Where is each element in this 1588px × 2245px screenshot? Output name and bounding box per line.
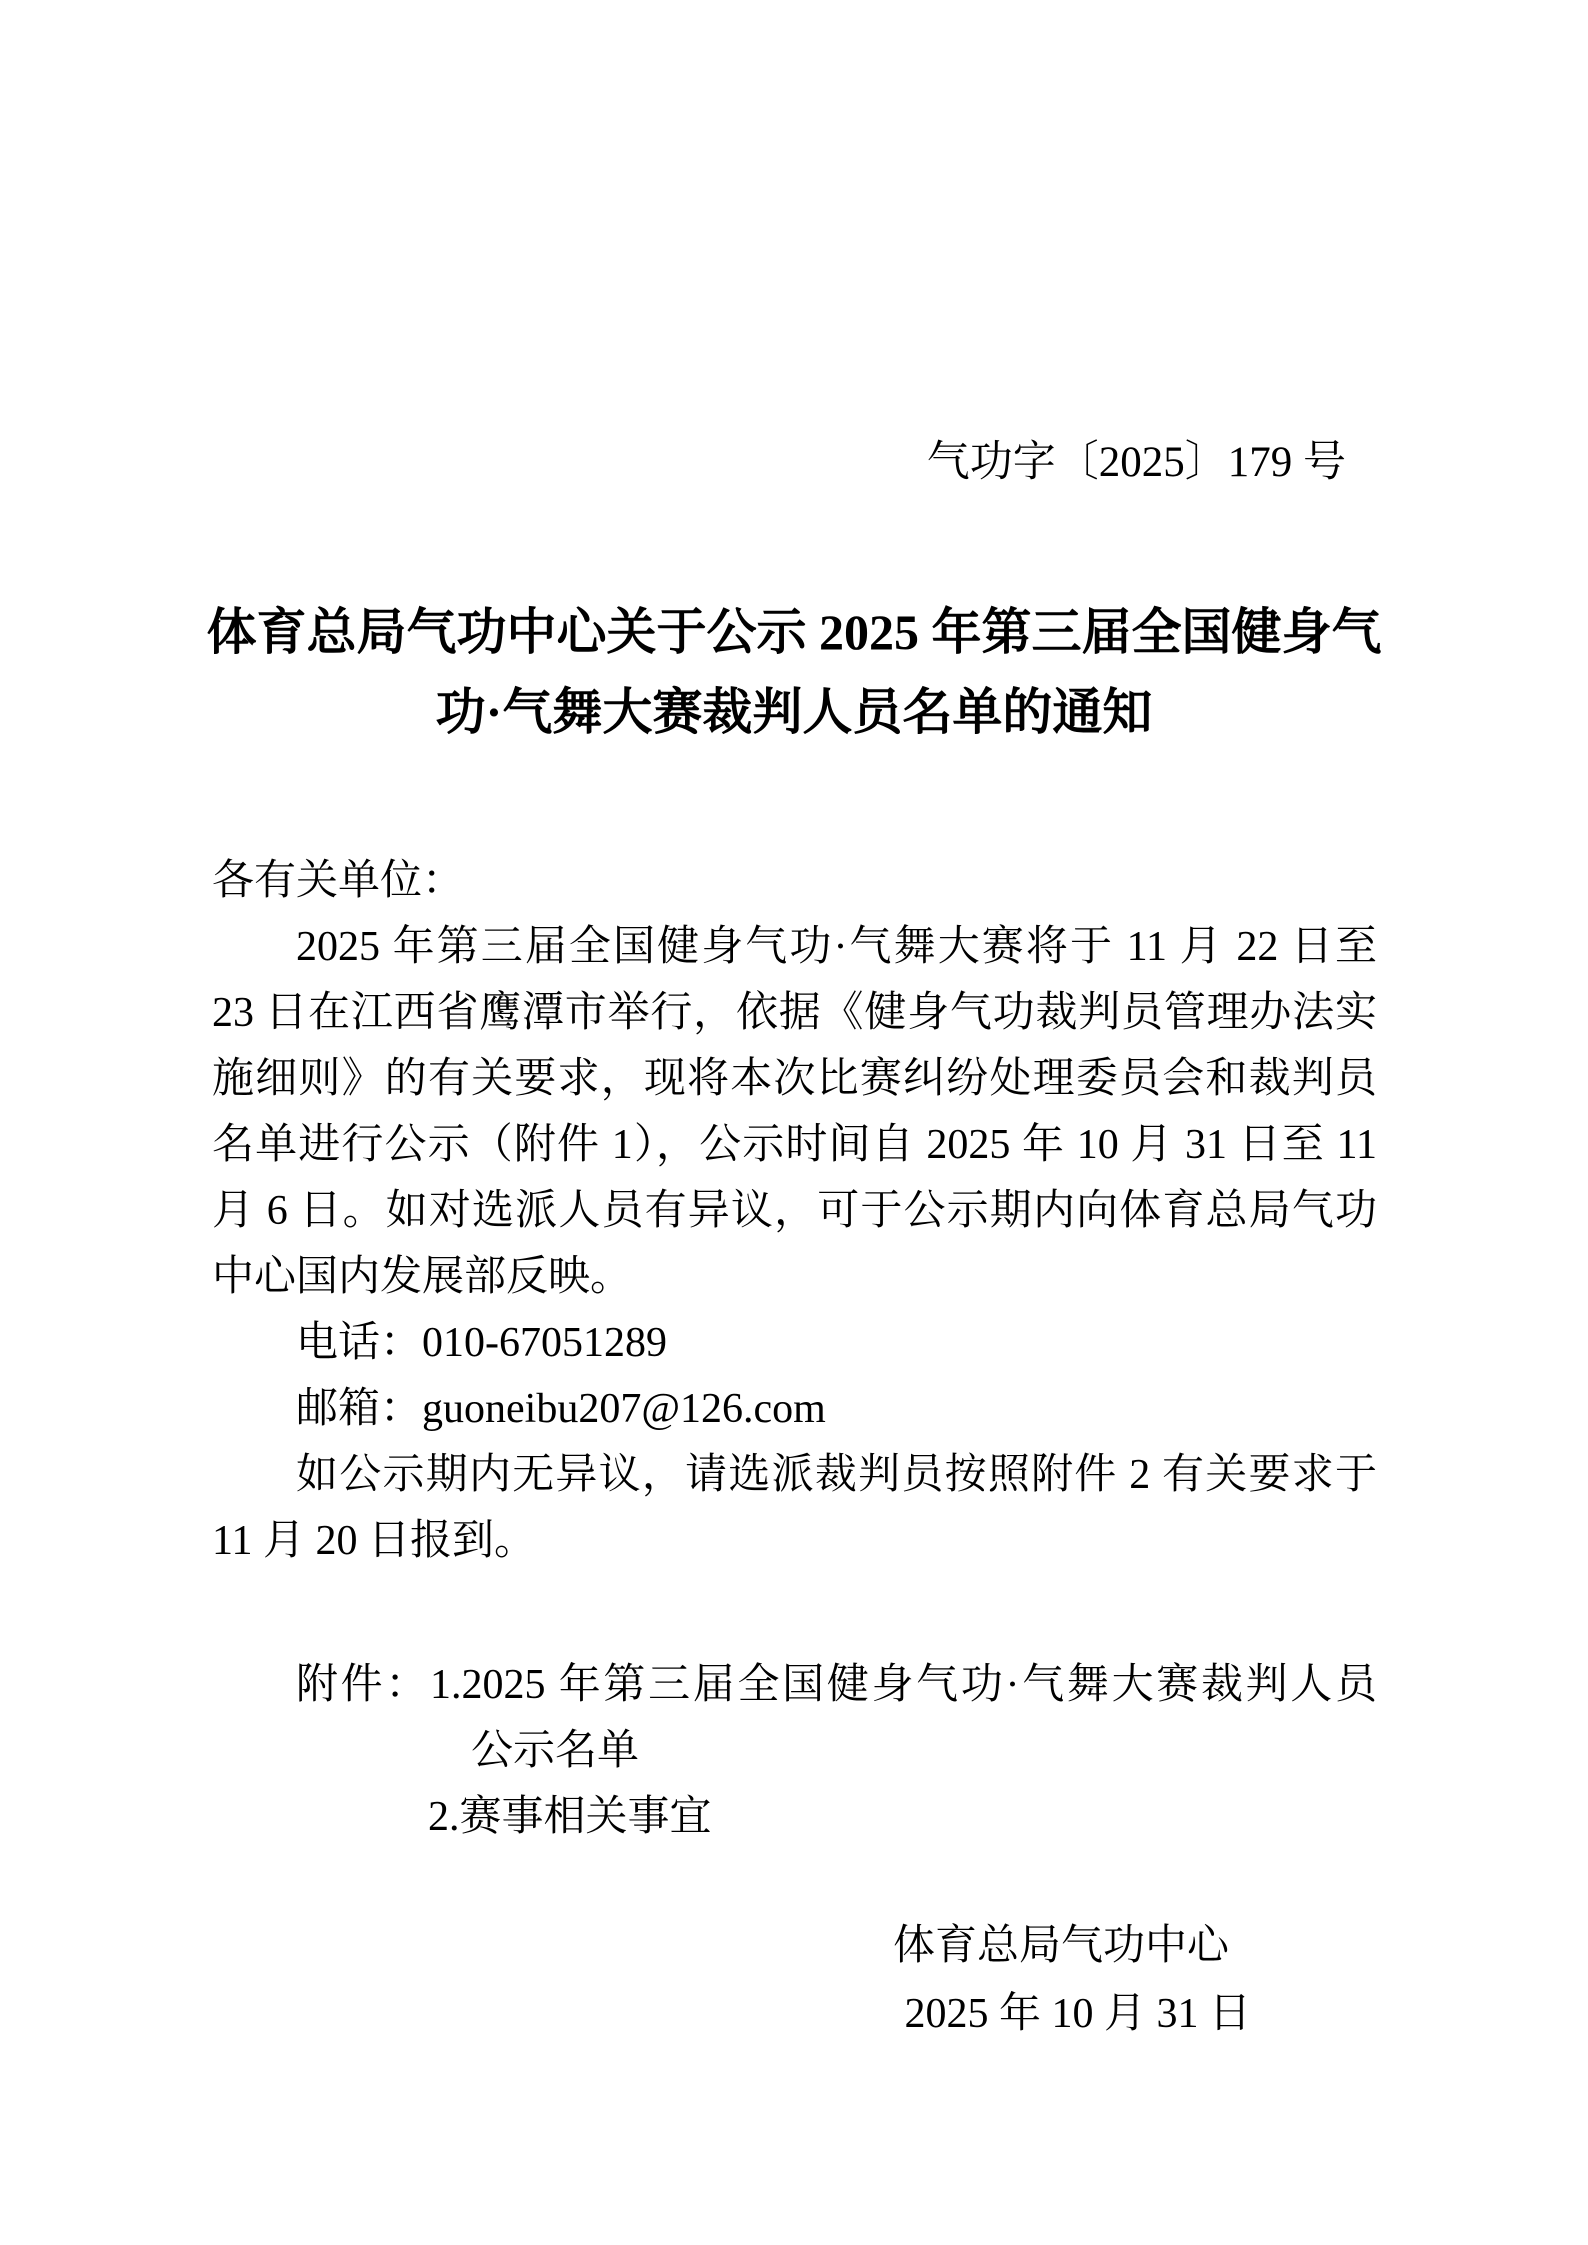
para1-line-1: 2025 年第三届全国健身气功·气舞大赛将于 11 月 22 日至 — [212, 914, 1377, 980]
contact-email-line: 邮箱：guoneibu207@126.com — [212, 1376, 1377, 1442]
para1-line-4: 名单进行公示（附件 1），公示时间自 2025 年 10 月 31 日至 11 — [212, 1112, 1377, 1178]
notice-title-line-2: 功·气舞大赛裁判人员名单的通知 — [106, 672, 1482, 752]
phone-label: 电话： — [296, 1320, 422, 1366]
contact-phone-line: 电话：010-67051289 — [212, 1310, 1377, 1376]
para2-line-2: 11 月 20 日报到。 — [212, 1508, 1377, 1574]
signature-block: 体育总局气功中心 2025 年 10 月 31 日 — [212, 1912, 1377, 2048]
phone-number: 010-67051289 — [422, 1320, 667, 1366]
notice-title: 体育总局气功中心关于公示 2025 年第三届全国健身气 功·气舞大赛裁判人员名单… — [106, 592, 1482, 752]
attachments-list: 附件：1.2025 年第三届全国健身气功·气舞大赛裁判人员 公示名单 2.赛事相… — [212, 1652, 1377, 1850]
para2-line-1: 如公示期内无异议，请选派裁判员按照附件 2 有关要求于 — [212, 1442, 1377, 1508]
attachment-line-2: 公示名单 — [212, 1718, 1377, 1784]
para1-line-3: 施细则》的有关要求，现将本次比赛纠纷处理委员会和裁判员 — [212, 1046, 1377, 1112]
notice-title-line-1: 体育总局气功中心关于公示 2025 年第三届全国健身气 — [106, 592, 1482, 672]
para1-line-2: 23 日在江西省鹰潭市举行，依据《健身气功裁判员管理办法实 — [212, 980, 1377, 1046]
email-label: 邮箱： — [296, 1386, 422, 1432]
signature-org: 体育总局气功中心 — [212, 1912, 1377, 1980]
doc-number: 气功字〔2025〕179 号 — [927, 434, 1346, 492]
attachment-line-3: 2.赛事相关事宜 — [212, 1784, 1377, 1850]
email-address: guoneibu207@126.com — [422, 1386, 826, 1432]
signature-date: 2025 年 10 月 31 日 — [212, 1980, 1377, 2048]
para1-line-5: 月 6 日。如对选派人员有异议，可于公示期内向体育总局气功 — [212, 1178, 1377, 1244]
document-page: 气功字〔2025〕179 号 体育总局气功中心关于公示 2025 年第三届全国健… — [0, 0, 1588, 2245]
notice-body: 各有关单位： 2025 年第三届全国健身气功·气舞大赛将于 11 月 22 日至… — [212, 848, 1377, 1574]
para1-line-6: 中心国内发展部反映。 — [212, 1244, 1377, 1310]
attachment-line-1: 附件：1.2025 年第三届全国健身气功·气舞大赛裁判人员 — [212, 1652, 1377, 1718]
salutation: 各有关单位： — [212, 848, 1377, 914]
